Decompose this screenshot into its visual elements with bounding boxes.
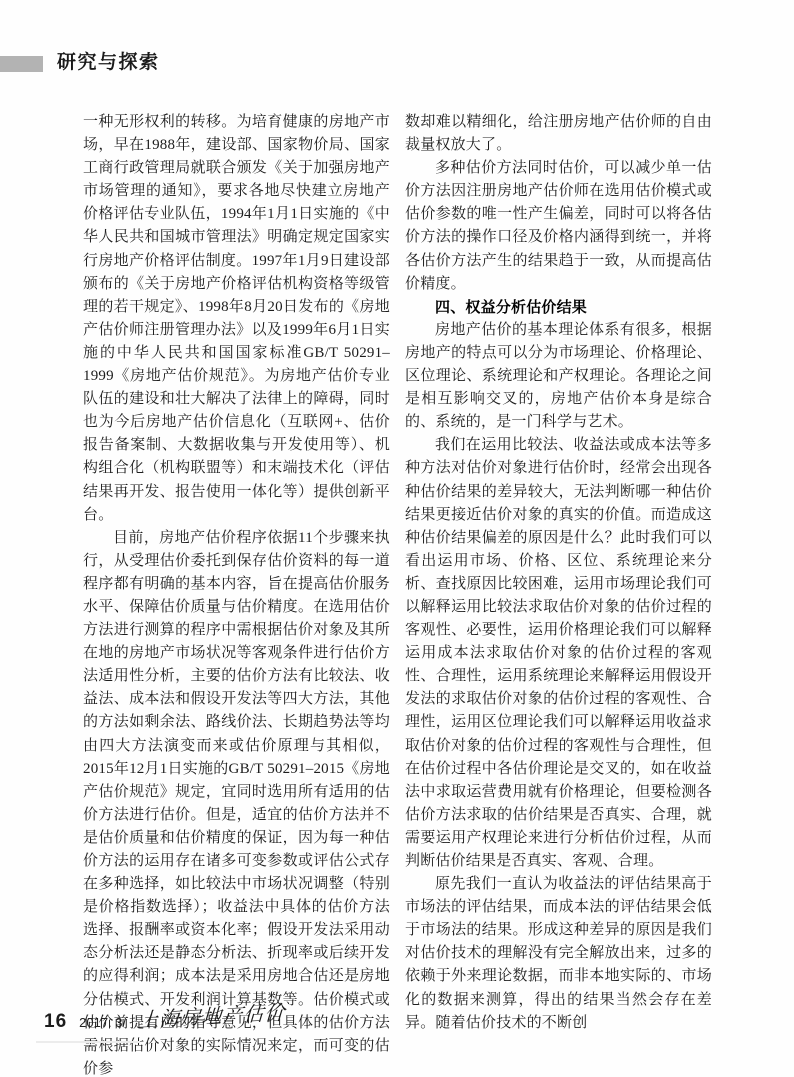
- paragraph: 目前，房地产估价程序依据11个步骤来执行，从受理估价委托到保存估价资料的每一道程…: [83, 527, 390, 1077]
- section-marker-bar: [0, 56, 43, 72]
- paragraph: 数却难以精细化，给注册房地产估价师的自由裁量权放大了。: [405, 111, 712, 157]
- column-right: 数却难以精细化，给注册房地产估价师的自由裁量权放大了。多种估价方法同时估价，可以…: [405, 111, 712, 1077]
- page-footer: 16 2017. 3/ 上海房地产估价: [44, 1004, 285, 1033]
- issue-label: 2017. 3/: [79, 1015, 126, 1030]
- scanned-journal-page: 研究与探索 一种无形权利的转移。为培育健康的房地产市场，早在1988年，建设部、…: [0, 0, 794, 1077]
- paragraph: 原先我们一直认为收益法的评估结果高于市场法的评估结果，而成本法的评估结果会低于市…: [405, 873, 712, 1035]
- paragraph: 我们在运用比较法、收益法或成本法等多种方法对估价对象进行估价时，经常会出现各种估…: [405, 434, 712, 873]
- page-number: 16: [44, 1011, 67, 1033]
- footer-rule: [36, 1041, 140, 1043]
- section-title: 研究与探索: [57, 47, 160, 74]
- paragraph: 房地产估价的基本理论体系有很多，根据房地产的特点可以分为市场理论、价格理论、区位…: [405, 319, 712, 434]
- column-left: 一种无形权利的转移。为培育健康的房地产市场，早在1988年，建设部、国家物价局、…: [83, 111, 390, 1077]
- paragraph: 多种估价方法同时估价，可以减少单一估价方法因注册房地产估价师在选用估价模式或估价…: [405, 157, 712, 296]
- section-heading: 四、权益分析估价结果: [405, 296, 712, 319]
- paragraph: 一种无形权利的转移。为培育健康的房地产市场，早在1988年，建设部、国家物价局、…: [83, 111, 390, 527]
- article-body: 一种无形权利的转移。为培育健康的房地产市场，早在1988年，建设部、国家物价局、…: [83, 111, 712, 1077]
